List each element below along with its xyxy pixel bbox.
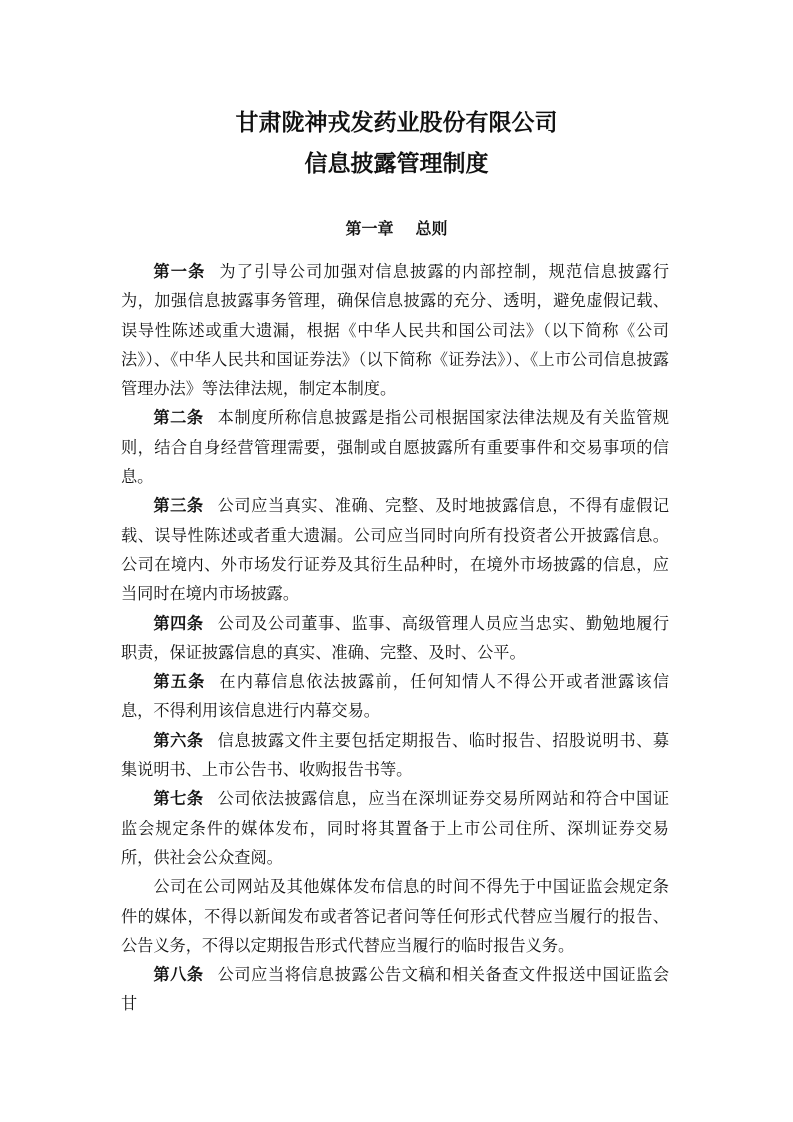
article-label: 第五条 [153,672,205,691]
article-paragraph: 第四条公司及公司董事、监事、高级管理人员应当忠实、勤勉地履行职责，保证披露信息的… [121,609,669,668]
article-label: 第一条 [153,262,205,281]
document-title: 信息披露管理制度 [0,145,793,178]
article-paragraph: 第三条公司应当真实、准确、完整、及时地披露信息，不得有虚假记载、误导性陈述或者重… [121,491,669,608]
article-label: 第七条 [153,789,203,808]
article-label: 第二条 [153,408,203,427]
document-page: 甘肃陇神戎发药业股份有限公司 信息披露管理制度 第一章总则 第一条为了引导公司加… [0,0,793,1122]
chapter-name: 总则 [416,219,448,238]
article-paragraph: 第六条信息披露文件主要包括定期报告、临时报告、招股说明书、募集说明书、上市公告书… [121,726,669,785]
article-label: 第四条 [153,614,203,633]
document-body: 第一条为了引导公司加强对信息披露的内部控制，规范信息披露行为，加强信息披露事务管… [121,257,669,1019]
article-label: 第六条 [153,731,203,750]
continuation-paragraph: 公司在公司网站及其他媒体发布信息的时间不得先于中国证监会规定条件的媒体，不得以新… [121,872,669,960]
paragraph-text: 公司在公司网站及其他媒体发布信息的时间不得先于中国证监会规定条件的媒体，不得以新… [121,877,669,955]
article-paragraph: 第八条公司应当将信息披露公告文稿和相关备查文件报送中国证监会甘 [121,960,669,1019]
company-title: 甘肃陇神戎发药业股份有限公司 [0,104,793,137]
article-paragraph: 第二条本制度所称信息披露是指公司根据国家法律法规及有关监管规则，结合自身经营管理… [121,403,669,491]
article-text: 为了引导公司加强对信息披露的内部控制，规范信息披露行为，加强信息披露事务管理，确… [121,262,669,398]
article-paragraph: 第五条在内幕信息依法披露前，任何知情人不得公开或者泄露该信息，不得利用该信息进行… [121,667,669,726]
article-paragraph: 第七条公司依法披露信息，应当在深圳证券交易所网站和符合中国证监会规定条件的媒体发… [121,784,669,872]
chapter-number: 第一章 [345,219,393,238]
chapter-heading: 第一章总则 [0,216,793,239]
article-label: 第八条 [153,965,203,984]
article-label: 第三条 [153,496,203,515]
article-paragraph: 第一条为了引导公司加强对信息披露的内部控制，规范信息披露行为，加强信息披露事务管… [121,257,669,403]
